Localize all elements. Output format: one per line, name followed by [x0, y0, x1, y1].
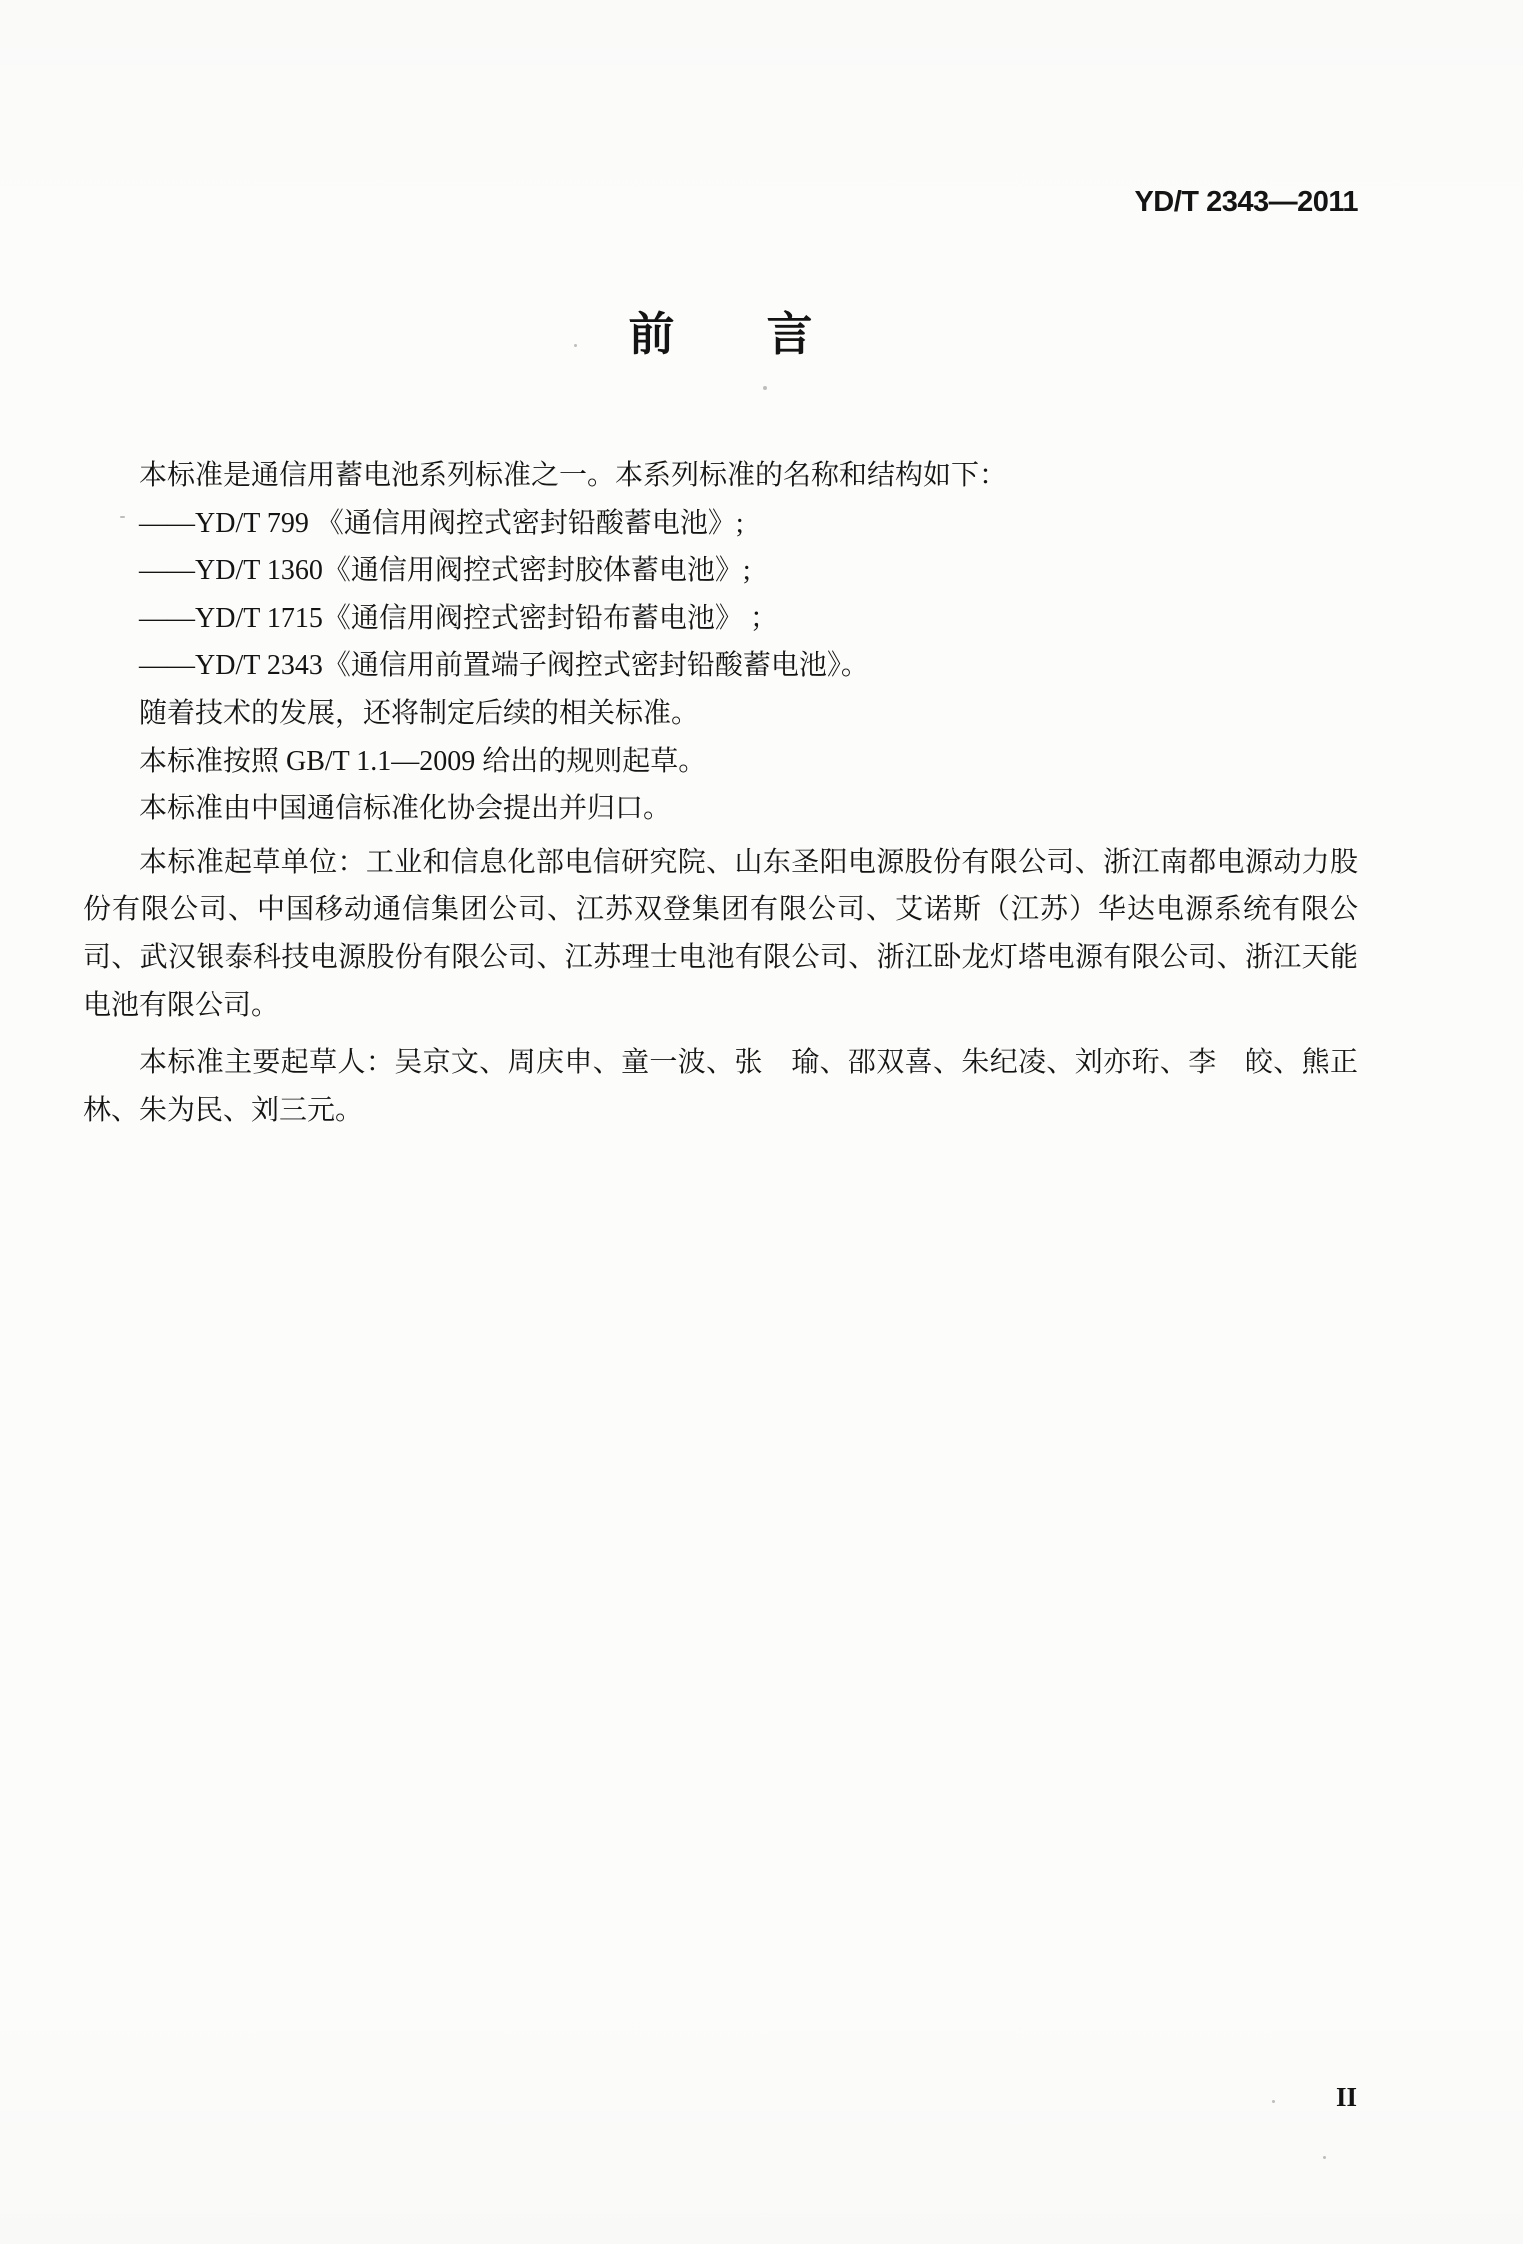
- document-page: YD/T 2343—2011 前 言 本标准是通信用蓄电池系列标准之一。本系列标…: [0, 0, 1523, 2244]
- drafters: 本标准主要起草人：吴京文、周庆申、童一波、张 瑜、邵双喜、朱纪凌、刘亦珩、李 皎…: [83, 1039, 1358, 1134]
- drafting-rule-note: 本标准按照 GB/T 1.1—2009 给出的规则起草。: [83, 738, 1358, 786]
- page-title: 前 言: [83, 309, 1358, 360]
- page-number: II: [1336, 2082, 1357, 2113]
- series-item-ydt-2343: ——YD/T 2343《通信用前置端子阀控式密封铅酸蓄电池》。: [83, 642, 1358, 690]
- foreword-intro: 本标准是通信用蓄电池系列标准之一。本系列标准的名称和结构如下：: [83, 452, 1358, 500]
- series-item-ydt-1715: ——YD/T 1715《通信用阀控式密封铅布蓄电池》 ；: [83, 595, 1358, 643]
- scan-speck: [1272, 2100, 1275, 2103]
- proposing-org-note: 本标准由中国通信标准化协会提出并归口。: [83, 785, 1358, 833]
- doc-number: YD/T 2343—2011: [1134, 186, 1358, 219]
- scan-speck: [1323, 2156, 1326, 2159]
- scan-speck: [120, 516, 125, 518]
- foreword-body: 本标准是通信用蓄电池系列标准之一。本系列标准的名称和结构如下： ——YD/T 7…: [83, 452, 1358, 1134]
- drafting-organizations: 本标准起草单位：工业和信息化部电信研究院、山东圣阳电源股份有限公司、浙江南都电源…: [83, 839, 1358, 1029]
- future-standards-note: 随着技术的发展，还将制定后续的相关标准。: [83, 690, 1358, 738]
- series-item-ydt-1360: ——YD/T 1360《通信用阀控式密封胶体蓄电池》;: [83, 547, 1358, 595]
- scan-speck: [574, 344, 577, 347]
- series-item-ydt-799: ——YD/T 799 《通信用阀控式密封铅酸蓄电池》;: [83, 500, 1358, 548]
- scan-speck: [763, 386, 767, 390]
